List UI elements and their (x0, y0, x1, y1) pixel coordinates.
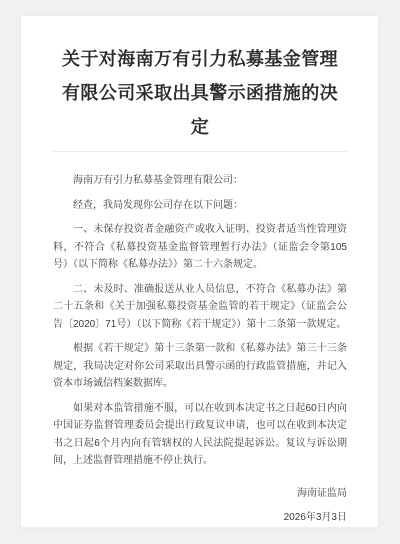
intro-paragraph: 经查，我局发现你公司存在以下问题： (53, 197, 347, 215)
issue-date: 2026年3月3日 (53, 509, 347, 527)
title-divider (53, 151, 347, 152)
issue-1-paragraph: 一、未保存投资者金融资产或收入证明、投资者适当性管理资料，不符合《私募投资基金监… (53, 221, 347, 274)
issuer-signature: 海南证监局 (53, 485, 347, 503)
document-title: 关于对海南万有引力私募基金管理有限公司采取出具警示函措施的决定 (53, 42, 347, 144)
issue-2-paragraph: 二、未及时、准确报送从业人员信息，不符合《私募办法》第二十五条和《关于加强私募投… (53, 281, 347, 334)
salutation: 海南万有引力私募基金管理有限公司： (53, 172, 347, 190)
decision-paragraph: 根据《若干规定》第十三条第一款和《私募办法》第三十三条规定，我局决定对你公司采取… (53, 340, 347, 393)
document-card: 关于对海南万有引力私募基金管理有限公司采取出具警示函措施的决定 海南万有引力私募… (20, 15, 379, 528)
page-background: { "colors": { "page_background": "#f1f1f… (0, 0, 400, 544)
document-body: 海南万有引力私募基金管理有限公司： 经查，我局发现你公司存在以下问题： 一、未保… (53, 172, 347, 527)
appeal-paragraph: 如果对本监管措施不服，可以在收到本决定书之日起60日内向中国证券监督管理委员会提… (53, 400, 347, 470)
